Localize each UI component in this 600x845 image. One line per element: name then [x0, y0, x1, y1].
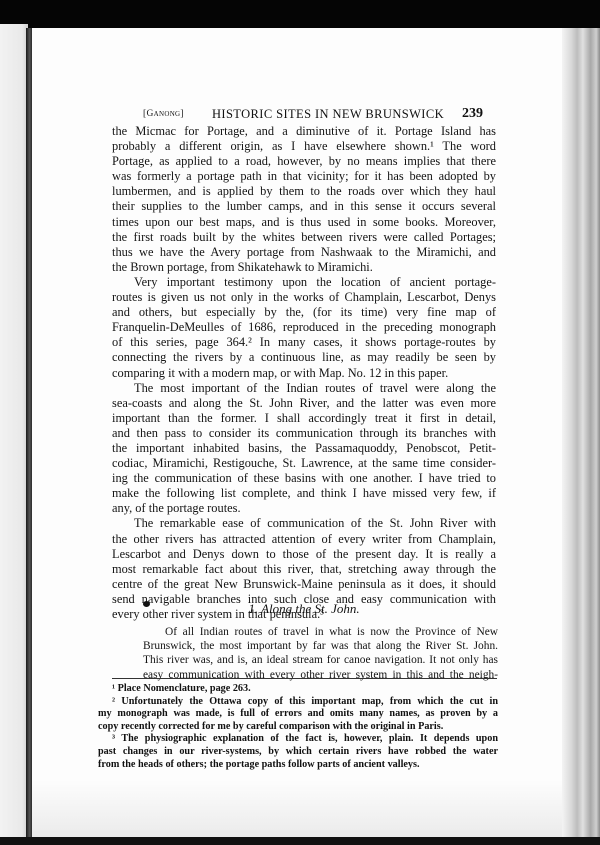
text-line: times upon our best maps, and is thus us… — [112, 215, 496, 230]
text-line: lumbermen, and is applied by them to the… — [112, 184, 496, 199]
footnote-line: past changes in our river-systems, by wh… — [98, 746, 498, 759]
text-line: routes is given us not only in the works… — [112, 290, 496, 305]
previous-page-edge — [0, 24, 28, 845]
text-line: Lescarbot and Denys down to those of the… — [112, 547, 496, 562]
section-line: easy communication with every other rive… — [143, 668, 498, 682]
footnote-line: ² Unfortunately the Ottawa copy of this … — [98, 696, 498, 709]
text-line: thus we have the Avery portage from Nash… — [112, 245, 496, 260]
scan-bottom-border — [0, 837, 600, 845]
page-shadow — [32, 780, 562, 838]
scan-top-border — [0, 0, 600, 28]
running-head-author: [Ganong] — [143, 109, 184, 119]
section-text: Of all Indian routes of travel in what i… — [143, 625, 498, 682]
footnote-line: ³ The physiographic explanation of the f… — [98, 733, 498, 746]
text-line: The remarkable ease of communication of … — [112, 516, 496, 531]
footnote-line: ¹ Place Nomenclature, page 263. — [98, 683, 498, 696]
footnote-line: my monograph was made, is full of errors… — [98, 708, 498, 721]
text-line: the other rivers has attracted attention… — [112, 532, 496, 547]
page-number: 239 — [462, 106, 483, 122]
text-line: the Brown portage, from Shikatehawk to M… — [112, 260, 496, 275]
footnotes: ¹ Place Nomenclature, page 263.² Unfortu… — [98, 683, 498, 771]
text-line: Very important testimony upon the locati… — [112, 275, 496, 290]
text-line: make the following list complete, and th… — [112, 486, 496, 501]
text-line: comparing it with a modern map, or with … — [112, 366, 496, 381]
footnote-line: copy recently corrected for me by carefu… — [98, 721, 498, 734]
section-line: This river was, and is, an ideal stream … — [143, 653, 498, 667]
text-line: Franquelin-DeMeulles of 1686, reproduced… — [112, 320, 496, 335]
text-line: probably a different origin, as I have e… — [112, 139, 496, 154]
section-heading: 1. Along the St. John. — [112, 601, 496, 617]
text-line: and others, but especially by the, (for … — [112, 305, 496, 320]
text-line: the Micmac for Portage, and a diminutive… — [112, 124, 496, 139]
text-line: Portage, as applied to a road, however, … — [112, 154, 496, 169]
text-line: centre of the great New Brunswick-Maine … — [112, 577, 496, 592]
text-line: any, of the portage routes. — [112, 501, 496, 516]
text-line: The most important of the Indian routes … — [112, 381, 496, 396]
text-line: connecting the rivers by a continuous li… — [112, 350, 496, 365]
text-line: codiac, Miramichi, Restigouche, St. Lawr… — [112, 456, 496, 471]
text-line: the first roads built by the whites betw… — [112, 230, 496, 245]
running-head: [Ganong] HISTORIC SITES IN NEW BRUNSWICK… — [143, 107, 483, 123]
footnote-rule — [112, 678, 497, 679]
text-line: was formerly a portage path in that vici… — [112, 169, 496, 184]
running-head-title: HISTORIC SITES IN NEW BRUNSWICK — [193, 107, 463, 122]
section-line: Of all Indian routes of travel in what i… — [143, 625, 498, 639]
text-line: the important inhabited basins, the Pass… — [112, 441, 496, 456]
text-line: their supplies to the lumber camps, and … — [112, 199, 496, 214]
text-line: and then pass to consider its communicat… — [112, 426, 496, 441]
text-line: ing the communication of these basins wi… — [112, 471, 496, 486]
footnote-line: from the heads of others; the portage pa… — [98, 759, 498, 772]
text-line: sea-coasts and along the St. John River,… — [112, 396, 496, 411]
page-stack-edge — [562, 28, 600, 840]
text-line: of this series, page 364.² In many cases… — [112, 335, 496, 350]
body-text: the Micmac for Portage, and a diminutive… — [112, 124, 496, 622]
text-line: important than the former. I shall accor… — [112, 411, 496, 426]
text-line: most remarkable fact about this river, t… — [112, 562, 496, 577]
section-line: Brunswick, the most important by far was… — [143, 639, 498, 653]
